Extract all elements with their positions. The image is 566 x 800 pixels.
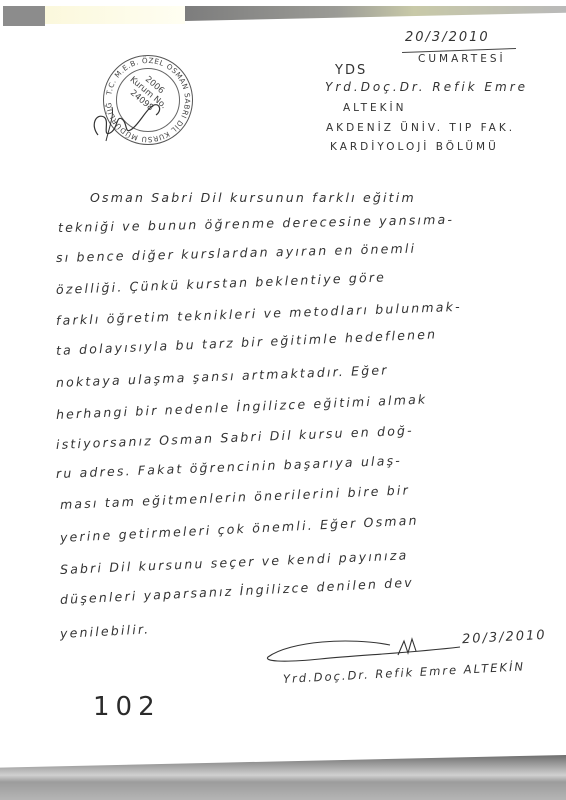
body-line: herhangi bir nedenle İngilizce eğitimi a… [56,391,428,422]
body-line: istiyorsanız Osman Sabri Dil kursu en do… [56,423,414,452]
page-number: 102 [93,692,161,722]
header-label: YDS [335,63,367,78]
header-date: 20/3/2010 [405,30,490,45]
body-line: ta dolayısıyla bu tarz bir eğitimle hede… [56,326,438,358]
body-line: Sabri Dil kursunu seçer ve kendi payınız… [60,547,409,577]
body-line: ması tam eğitmenlerin önerilerini bire b… [60,482,410,512]
scan-edge-highlight [45,6,185,24]
body-line: yerine getirmeleri çok önemli. Eğer Osma… [60,512,419,545]
recipient-surname: ALTEKİN [343,102,406,114]
body-line: özelliği. Çünkü kurstan beklentiye göre [56,269,387,297]
body-line: yenilebilir. [60,621,151,641]
signature-mark-top [88,95,168,145]
scan-top-border [185,6,566,21]
body-line: düşenleri yaparsanız İngilizce denilen d… [60,575,414,607]
body-line: Osman Sabri Dil kursunun farklı eğitim [90,190,416,205]
header-weekday: CUMARTESİ [418,53,506,65]
recipient-name: Yrd.Doç.Dr. Refik Emre [325,80,528,94]
recipient-department: AKDENİZ ÜNİV. TIP FAK. [326,122,515,134]
body-line: tekniği ve bunun öğrenme derecesine yans… [58,212,454,235]
scan-edge-shadow [3,6,45,26]
body-line: sı bence diğer kurslardan ayıran en önem… [56,241,417,265]
body-line: farklı öğretim teknikleri ve metodları b… [56,299,462,328]
scan-bottom-border [0,755,566,800]
signature-date: 20/3/2010 [462,628,547,647]
body-line: noktaya ulaşma şansı artmaktadır. Eğer [56,362,389,390]
recipient-department-unit: KARDİYOLOJİ BÖLÜMÜ [330,141,499,153]
body-line: ru adres. Fakat öğrencinin başarıya ulaş… [56,453,403,481]
